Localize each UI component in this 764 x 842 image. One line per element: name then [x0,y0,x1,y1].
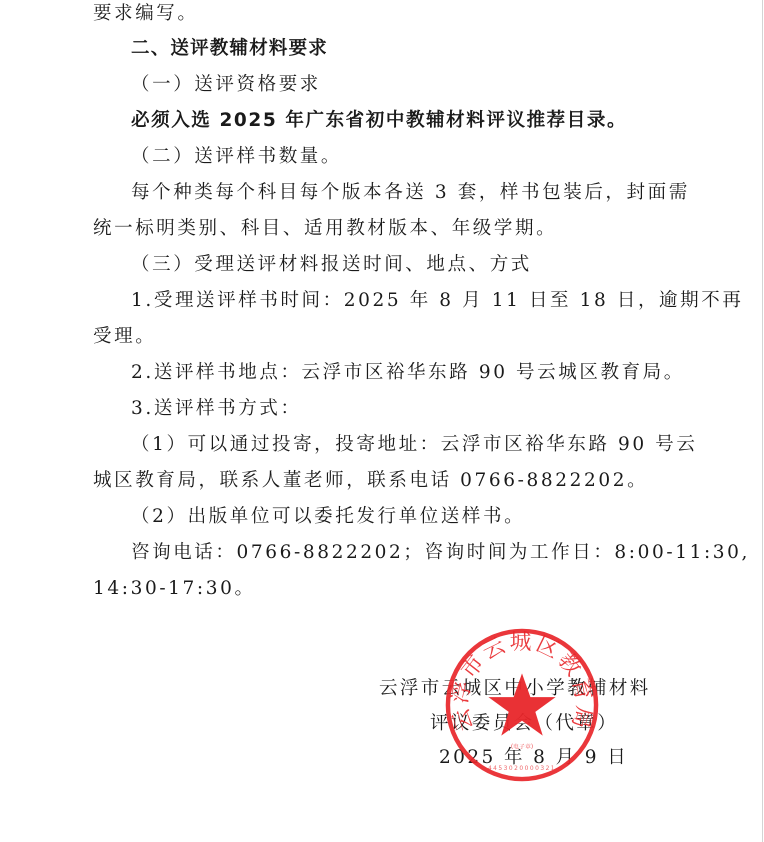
paragraph-line: 3.送评样书方式： [131,397,302,421]
subsection-heading: （一）送评资格要求 [131,73,321,97]
paragraph-line: 城区教育局，联系人董老师，联系电话 0766-8822202。 [93,469,648,493]
contact-info-line: 14:30-17:30。 [93,577,256,601]
subsection-heading: （二）送评样书数量。 [131,145,342,169]
paragraph-line: 每个种类每个科目每个版本各送 3 套，样书包装后，封面需 [131,181,690,205]
requirement-statement: 必须入选 2025 年广东省初中教辅材料评议推荐目录。 [131,109,627,133]
paragraph-line: （2）出版单位可以委托发行单位送样书。 [131,505,525,529]
subsection-heading: （三）受理送评材料报送时间、地点、方式 [131,253,532,277]
section-heading: 二、送评教辅材料要求 [131,37,328,61]
paragraph-line: 2.送评样书地点：云浮市区裕华东路 90 号云城区教育局。 [131,361,685,385]
contact-info-line: 咨询电话：0766-8822202；咨询时间为工作日：8:00-11:30, [131,541,750,565]
signature-org-line2: 评议委员会（代章） [430,712,618,736]
paragraph-line: 统一标明类别、科目、适用教材版本、年级学期。 [93,217,557,241]
paragraph-line: 受理。 [93,325,156,349]
document-page: 要求编写。 二、送评教辅材料要求 （一）送评资格要求 必须入选 2025 年广东… [0,0,763,842]
paragraph-line: 要求编写。 [93,2,199,26]
paragraph-line: 1.受理送评样书时间：2025 年 8 月 11 日至 18 日，逾期不再 [131,289,743,313]
signature-org-line1: 云浮市云城区中小学教辅材料 [379,677,651,701]
signature-date: 2025 年 8 月 9 日 [439,746,628,770]
paragraph-line: （1）可以通过投寄，投寄地址：云浮市区裕华东路 90 号云 [131,433,697,457]
